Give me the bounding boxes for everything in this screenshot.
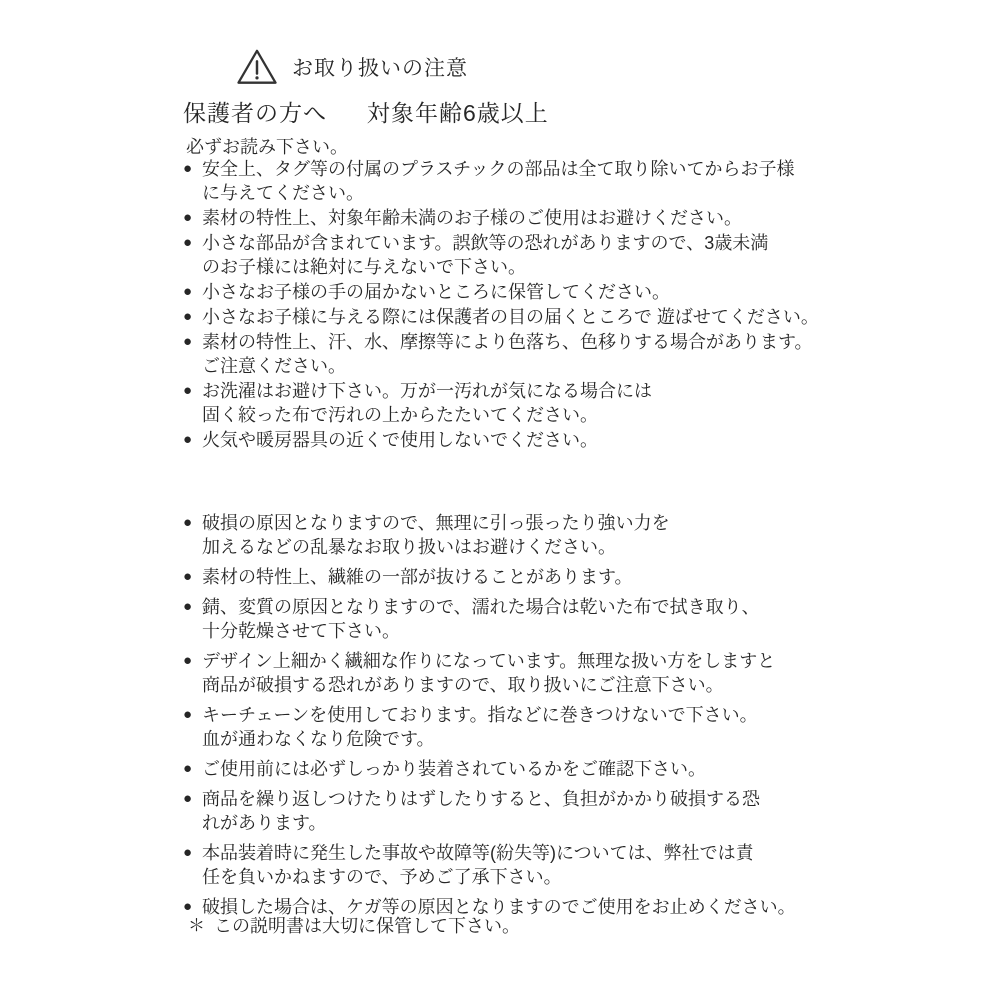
footer-note: ＊ この説明書は大切に保管して下さい。 [188,914,520,938]
precautions-list-top: ●安全上、タグ等の付属のプラスチックの部品は全て取り除いてからお子様に与えてくだ… [183,157,963,453]
list-item-text: 素材の特性上、繊維の一部が抜けることがあります。 [202,565,633,589]
text-line: に与えてください。 [202,181,795,205]
asterisk-marker: ＊ [188,914,214,938]
list-item-text: 本品装着時に発生した事故や故障等(紛失等)については、弊社では責任を負いかねます… [202,841,754,889]
text-line: 任を負いかねますので、予めご了承下さい。 [202,865,754,889]
precautions-list-bottom: ●破損の原因となりますので、無理に引っ張ったり強い力を加えるなどの乱暴なお取り扱… [183,511,963,925]
text-line: 商品を繰り返しつけたりはずしたりすると、負担がかかり破損する恐 [202,787,760,811]
list-item-text: お洗濯はお避け下さい。万が一汚れが気になる場合には固く絞った布で汚れの上からたた… [202,379,652,427]
text-line: 素材の特性上、対象年齢未満のお子様のご使用はお避けください。 [202,206,742,230]
list-item: ●本品装着時に発生した事故や故障等(紛失等)については、弊社では責任を負いかねま… [183,841,963,889]
bullet-icon: ● [183,649,202,673]
subheader: 保護者の方へ対象年齢6歳以上 [183,95,549,128]
list-item: ●ご使用前には必ずしっかり装着されているかをご確認下さい。 [183,757,963,781]
bullet-icon: ● [183,565,202,589]
text-line: 素材の特性上、汗、水、摩擦等により色落ち、色移りする場合があります。 [202,330,813,354]
list-item: ●デザイン上細かく繊細な作りになっています。無理な扱い方をしますと商品が破損する… [183,649,963,697]
list-item: ●破損の原因となりますので、無理に引っ張ったり強い力を加えるなどの乱暴なお取り扱… [183,511,963,559]
list-item-text: キーチェーンを使用しております。指などに巻きつけないで下さい。血が通わなくなり危… [202,703,758,751]
list-item: ●素材の特性上、繊維の一部が抜けることがあります。 [183,565,963,589]
subheader-age-notice: 対象年齢6歳以上 [367,100,549,126]
list-item-text: 錆、変質の原因となりますので、濡れた場合は乾いた布で拭き取り、十分乾燥させて下さ… [202,595,760,643]
text-line: ご使用前には必ずしっかり装着されているかをご確認下さい。 [202,757,706,781]
list-item-text: 安全上、タグ等の付属のプラスチックの部品は全て取り除いてからお子様に与えてくださ… [202,157,795,205]
list-item: ●火気や暖房器具の近くで使用しないでください。 [183,428,963,452]
text-line: デザイン上細かく繊細な作りになっています。無理な扱い方をしますと [202,649,775,673]
list-item-text: 素材の特性上、対象年齢未満のお子様のご使用はお避けください。 [202,206,742,230]
bullet-icon: ● [183,511,202,535]
text-line: 安全上、タグ等の付属のプラスチックの部品は全て取り除いてからお子様 [202,157,795,181]
text-line: 火気や暖房器具の近くで使用しないでください。 [202,428,598,452]
lead-text: 必ずお読み下さい。 [186,133,348,159]
text-line: 十分乾燥させて下さい。 [202,619,760,643]
bullet-icon: ● [183,595,202,619]
list-item-text: 火気や暖房器具の近くで使用しないでください。 [202,428,598,452]
list-item-text: デザイン上細かく繊細な作りになっています。無理な扱い方をしますと商品が破損する恐… [202,649,775,697]
bullet-icon: ● [183,280,202,304]
bullet-icon: ● [183,703,202,727]
bullet-icon: ● [183,305,202,329]
bullet-icon: ● [183,206,202,230]
text-line: 商品が破損する恐れがありますので、取り扱いにご注意下さい。 [202,673,775,697]
list-item: ●小さなお子様の手の届かないところに保管してください。 [183,280,963,304]
text-line: 破損の原因となりますので、無理に引っ張ったり強い力を [202,511,670,535]
text-line: お洗濯はお避け下さい。万が一汚れが気になる場合には [202,379,652,403]
list-item-text: 小さな部品が含まれています。誤飲等の恐れがありますので、3歳未満のお子様には絶対… [202,231,768,279]
instruction-sheet: お取り扱いの注意 保護者の方へ対象年齢6歳以上 必ずお読み下さい。 ●安全上、タ… [0,0,1000,1000]
bullet-icon: ● [183,841,202,865]
list-item-text: ご使用前には必ずしっかり装着されているかをご確認下さい。 [202,757,706,781]
text-line: 小さなお子様の手の届かないところに保管してください。 [202,280,670,304]
list-item: ●小さな部品が含まれています。誤飲等の恐れがありますので、3歳未満のお子様には絶… [183,231,963,279]
list-item-text: 破損の原因となりますので、無理に引っ張ったり強い力を加えるなどの乱暴なお取り扱い… [202,511,670,559]
bullet-icon: ● [183,231,202,255]
bullet-icon: ● [183,787,202,811]
list-item: ●安全上、タグ等の付属のプラスチックの部品は全て取り除いてからお子様に与えてくだ… [183,157,963,205]
text-line: キーチェーンを使用しております。指などに巻きつけないで下さい。 [202,703,758,727]
text-line: 固く絞った布で汚れの上からたたいてください。 [202,403,652,427]
list-item: ●お洗濯はお避け下さい。万が一汚れが気になる場合には固く絞った布で汚れの上からた… [183,379,963,427]
bullet-icon: ● [183,757,202,781]
page-title: お取り扱いの注意 [292,52,468,82]
list-item: ●錆、変質の原因となりますので、濡れた場合は乾いた布で拭き取り、十分乾燥させて下… [183,595,963,643]
text-line: 血が通わなくなり危険です。 [202,727,758,751]
list-item-text: 小さなお子様に与える際には保護者の目の届くところで 遊ばせてください。 [202,305,819,329]
subheader-audience: 保護者の方へ [183,100,327,126]
list-item: ●素材の特性上、汗、水、摩擦等により色落ち、色移りする場合があります。ご注意くだ… [183,330,963,378]
list-item: ●キーチェーンを使用しております。指などに巻きつけないで下さい。血が通わなくなり… [183,703,963,751]
document-header: お取り扱いの注意 [236,48,468,86]
text-line: のお子様には絶対に与えないで下さい。 [202,255,768,279]
text-line: 本品装着時に発生した事故や故障等(紛失等)については、弊社では責 [202,841,754,865]
list-item: ●素材の特性上、対象年齢未満のお子様のご使用はお避けください。 [183,206,963,230]
bullet-icon: ● [183,157,202,181]
bullet-icon: ● [183,379,202,403]
text-line: 小さな部品が含まれています。誤飲等の恐れがありますので、3歳未満 [202,231,768,255]
text-line: ご注意ください。 [202,354,813,378]
bullet-icon: ● [183,428,202,452]
text-line: 加えるなどの乱暴なお取り扱いはお避けください。 [202,535,670,559]
text-line: れがあります。 [202,811,760,835]
list-item-text: 素材の特性上、汗、水、摩擦等により色落ち、色移りする場合があります。ご注意くださ… [202,330,813,378]
list-item: ●商品を繰り返しつけたりはずしたりすると、負担がかかり破損する恐れがあります。 [183,787,963,835]
footer-note-text: この説明書は大切に保管して下さい。 [214,914,520,938]
list-item: ●小さなお子様に与える際には保護者の目の届くところで 遊ばせてください。 [183,305,963,329]
list-item-text: 商品を繰り返しつけたりはずしたりすると、負担がかかり破損する恐れがあります。 [202,787,760,835]
warning-triangle-icon [236,48,278,86]
text-line: 小さなお子様に与える際には保護者の目の届くところで 遊ばせてください。 [202,305,819,329]
text-line: 素材の特性上、繊維の一部が抜けることがあります。 [202,565,633,589]
list-item-text: 小さなお子様の手の届かないところに保管してください。 [202,280,670,304]
text-line: 錆、変質の原因となりますので、濡れた場合は乾いた布で拭き取り、 [202,595,760,619]
bullet-icon: ● [183,330,202,354]
